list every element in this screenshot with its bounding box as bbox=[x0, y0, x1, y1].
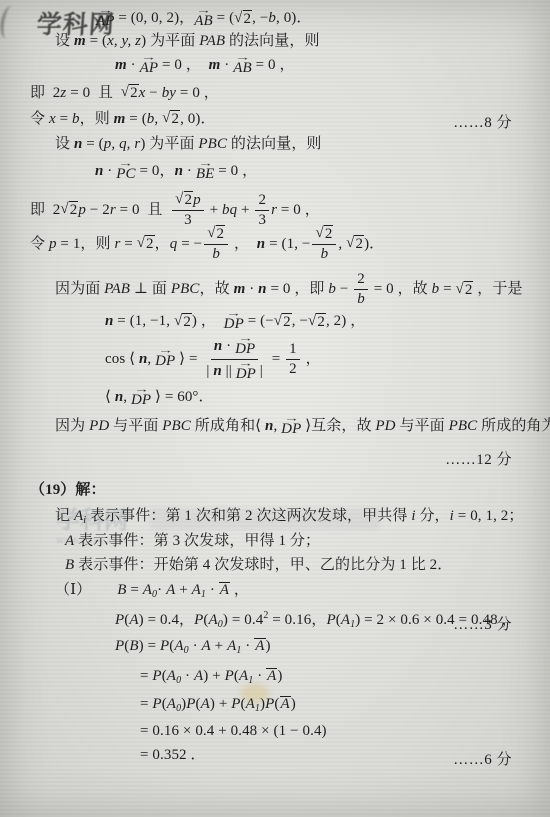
score-mark: ……8 分 bbox=[453, 111, 512, 132]
document-line-23: = P(A0 · A) + P(A1 · A) bbox=[140, 668, 283, 685]
document-line-24: = P(A0)P(A) + P(A1)P(A) bbox=[140, 696, 296, 713]
document-line-22: P(B) = P(A0 · A + A1 · A) bbox=[115, 638, 271, 655]
document-line-4: 即 2z = 0 且 √2x − by = 0 ， bbox=[30, 84, 219, 102]
document-line-6: 设 n = (p, q, r) 为平面 PBC 的法向量，则 bbox=[55, 136, 322, 153]
document-line-12: cos ⟨ n, →DP ⟩ = n · →DP| n || →DP | = 1… bbox=[105, 336, 321, 383]
document-line-26: = 0.352 ． bbox=[140, 747, 206, 764]
document-line-10: 因为面 PAB ⊥ 面 PBC，故 m · n = 0 ，即 b − 2b = … bbox=[55, 271, 523, 309]
document-line-25: = 0.16 × 0.4 + 0.48 × (1 − 0.4) bbox=[140, 723, 327, 740]
scanned-document-page: 学科网 学科网 www.zxxk.com →AP = (0, 0, 2)，→AB… bbox=[0, 0, 550, 817]
document-line-16: （19）解： bbox=[30, 482, 106, 499]
score-mark: ……12 分 bbox=[445, 448, 512, 469]
document-line-1: →AP = (0, 0, 2)，→AB = (√2, −b, 0)． bbox=[96, 8, 312, 30]
document-line-18: A 表示事件：第 3 次发球，甲得 1 分； bbox=[65, 533, 320, 550]
scan-corner-artifact bbox=[0, 5, 19, 40]
document-line-2: 设 m = (x, y, z) 为平面 PAB 的法向量，则 bbox=[55, 33, 320, 50]
document-line-17: 记 Ai 表示事件：第 1 次和第 2 次这两次发球，甲共得 i 分，i = 0… bbox=[55, 508, 524, 525]
document-line-14: 因为 PD 与平面 PBC 所成角和⟨ n, →DP ⟩互余，故 PD 与平面 … bbox=[55, 416, 550, 438]
document-line-3: m · →AP = 0 ， m · →AB = 0 ， bbox=[115, 55, 295, 77]
document-line-7: n · →PC = 0，n · →BE = 0 ， bbox=[95, 161, 257, 183]
document-line-9: 令 p = 1，则 r = √2，q = −√2b ， n = (1, −√2b… bbox=[30, 225, 384, 264]
document-line-20: （Ⅰ）B = A0· A + A1 · A ， bbox=[55, 582, 249, 599]
document-line-13: ⟨ n, →DP ⟩ = 60°． bbox=[105, 387, 214, 409]
document-line-19: B 表示事件：开始第 4 次发球时，甲、乙的比分为 1 比 2． bbox=[65, 557, 452, 574]
score-mark: ……6 分 bbox=[453, 748, 512, 769]
document-line-5: 令 x = b，则 m = (b, √2, 0)． bbox=[30, 110, 216, 128]
document-line-11: n = (1, −1, √2) ， →DP = (−√2, −√2, 2) ， bbox=[105, 311, 365, 333]
document-line-8: 即 2√2p − 2r = 0 且 √2p3 + bq + 23r = 0 ， bbox=[30, 191, 320, 230]
score-mark: ……3 分 bbox=[453, 613, 512, 634]
